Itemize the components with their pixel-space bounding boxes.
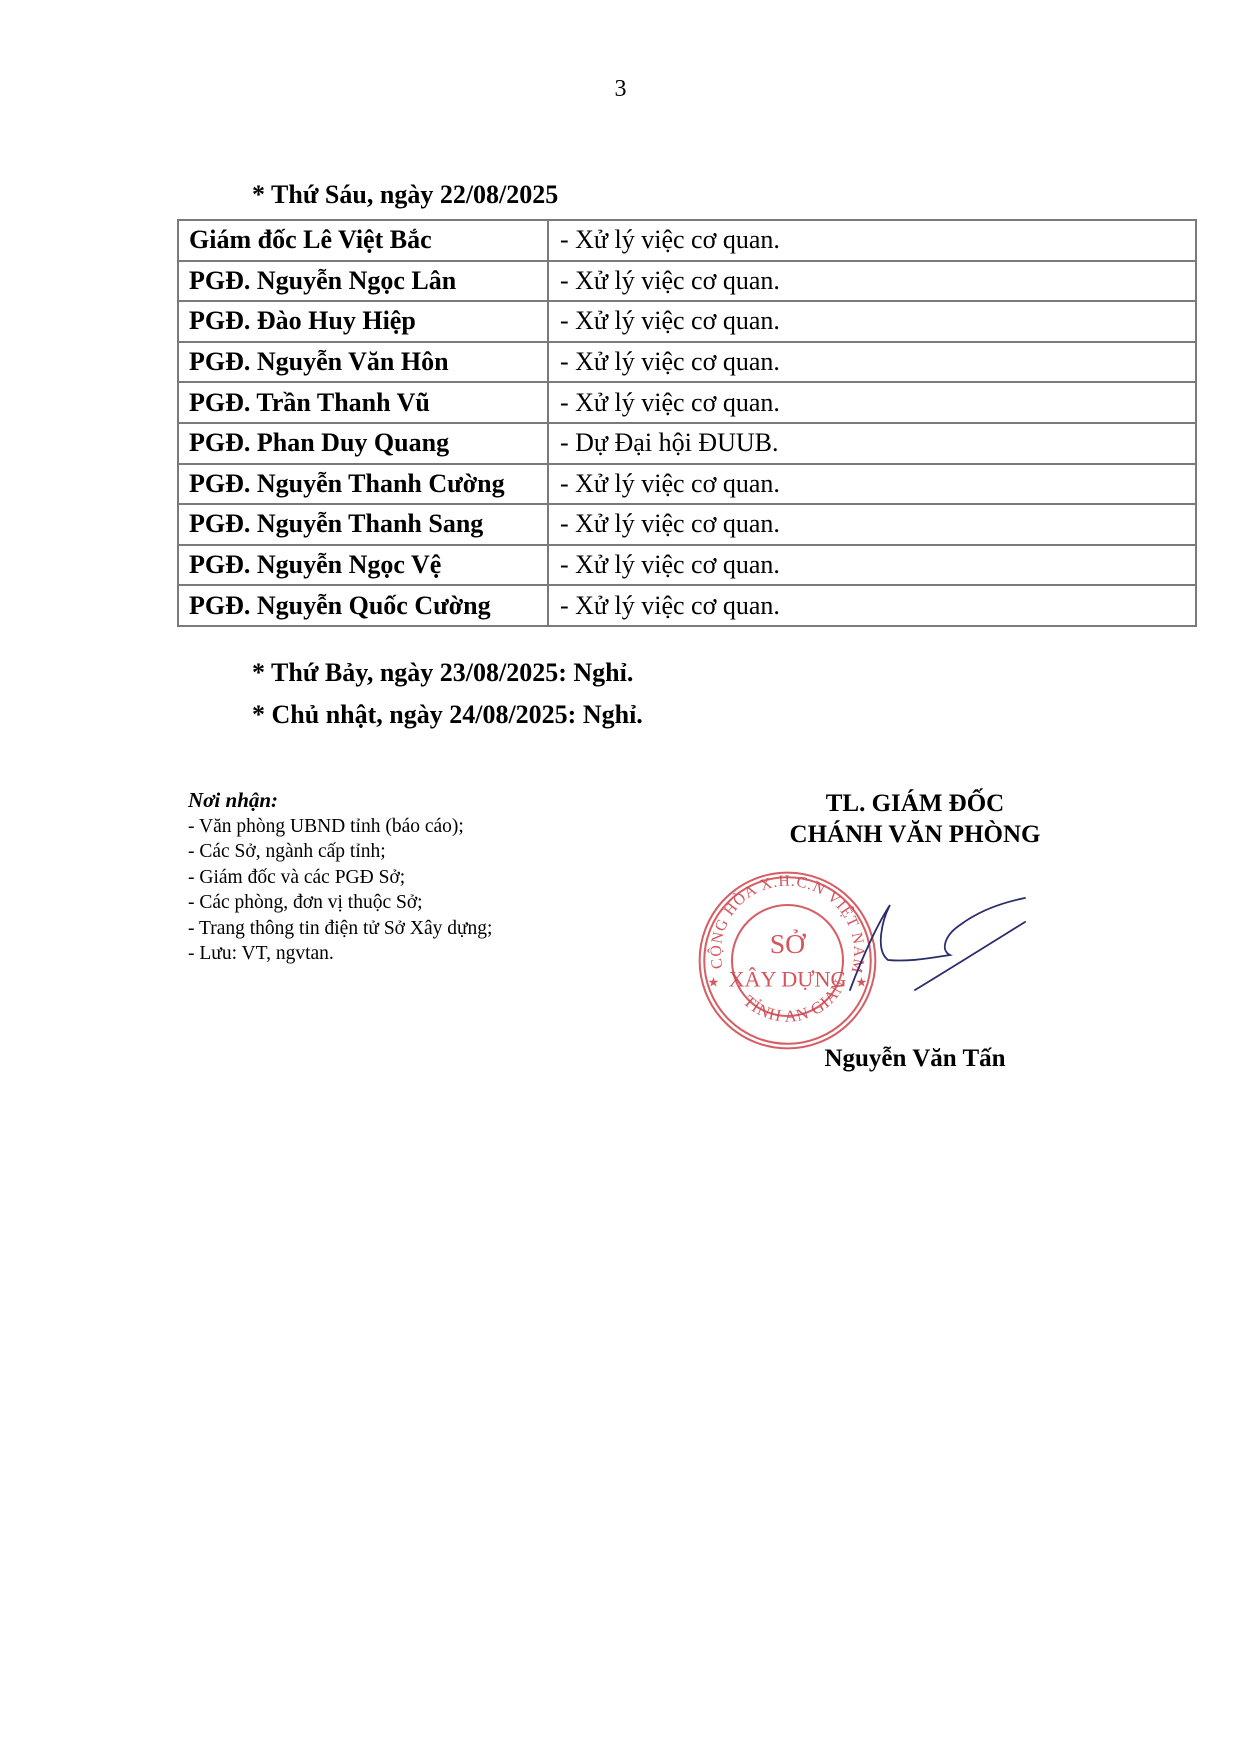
table-row: PGĐ. Nguyễn Quốc Cường- Xử lý việc cơ qu…	[178, 585, 1196, 626]
recipients-list: - Văn phòng UBND tỉnh (báo cáo);- Các Sở…	[188, 814, 492, 967]
table-row: Giám đốc Lê Việt Bắc- Xử lý việc cơ quan…	[178, 220, 1196, 261]
sunday-heading: * Chủ nhật, ngày 24/08/2025: Nghỉ.	[252, 700, 643, 730]
task-cell: - Xử lý việc cơ quan.	[548, 342, 1196, 383]
table-row: PGĐ. Trần Thanh Vũ- Xử lý việc cơ quan.	[178, 382, 1196, 423]
table-row: PGĐ. Nguyễn Ngọc Vệ- Xử lý việc cơ quan.	[178, 545, 1196, 586]
task-cell: - Xử lý việc cơ quan.	[548, 545, 1196, 586]
official-name-cell: PGĐ. Trần Thanh Vũ	[178, 382, 548, 423]
recipient-item: - Các Sở, ngành cấp tỉnh;	[188, 839, 492, 865]
official-name-cell: Giám đốc Lê Việt Bắc	[178, 220, 548, 261]
task-cell: - Dự Đại hội ĐUUB.	[548, 423, 1196, 464]
recipient-item: - Văn phòng UBND tỉnh (báo cáo);	[188, 814, 492, 840]
official-name-cell: PGĐ. Nguyễn Thanh Sang	[178, 504, 548, 545]
task-cell: - Xử lý việc cơ quan.	[548, 464, 1196, 505]
table-row: PGĐ. Nguyễn Thanh Sang- Xử lý việc cơ qu…	[178, 504, 1196, 545]
signature-title-line2: CHÁNH VĂN PHÒNG	[760, 819, 1070, 850]
official-name-cell: PGĐ. Phan Duy Quang	[178, 423, 548, 464]
task-cell: - Xử lý việc cơ quan.	[548, 220, 1196, 261]
task-cell: - Xử lý việc cơ quan.	[548, 504, 1196, 545]
svg-text:SỞ: SỞ	[770, 929, 806, 960]
official-name-cell: PGĐ. Nguyễn Ngọc Vệ	[178, 545, 548, 586]
handwritten-signature-icon	[820, 880, 1030, 1000]
task-cell: - Xử lý việc cơ quan.	[548, 585, 1196, 626]
saturday-heading: * Thứ Bảy, ngày 23/08/2025: Nghỉ.	[252, 658, 633, 688]
recipients-title: Nơi nhận:	[188, 788, 492, 814]
signer-name: Nguyễn Văn Tấn	[760, 1045, 1070, 1073]
table-row: PGĐ. Đào Huy Hiệp- Xử lý việc cơ quan.	[178, 301, 1196, 342]
signature-title-line1: TL. GIÁM ĐỐC	[760, 788, 1070, 819]
table-row: PGĐ. Nguyễn Ngọc Lân- Xử lý việc cơ quan…	[178, 261, 1196, 302]
page-number: 3	[0, 76, 1241, 103]
recipients-block: Nơi nhận: - Văn phòng UBND tỉnh (báo cáo…	[188, 788, 492, 967]
task-cell: - Xử lý việc cơ quan.	[548, 382, 1196, 423]
official-name-cell: PGĐ. Nguyễn Thanh Cường	[178, 464, 548, 505]
friday-heading: * Thứ Sáu, ngày 22/08/2025	[252, 180, 558, 210]
official-name-cell: PGĐ. Nguyễn Quốc Cường	[178, 585, 548, 626]
task-cell: - Xử lý việc cơ quan.	[548, 261, 1196, 302]
official-name-cell: PGĐ. Nguyễn Văn Hôn	[178, 342, 548, 383]
recipient-item: - Trang thông tin điện tử Sở Xây dựng;	[188, 916, 492, 942]
recipient-item: - Lưu: VT, ngvtan.	[188, 941, 492, 967]
task-cell: - Xử lý việc cơ quan.	[548, 301, 1196, 342]
recipient-item: - Giám đốc và các PGĐ Sở;	[188, 865, 492, 891]
friday-schedule-table: Giám đốc Lê Việt Bắc- Xử lý việc cơ quan…	[177, 219, 1197, 627]
table-row: PGĐ. Nguyễn Thanh Cường- Xử lý việc cơ q…	[178, 464, 1196, 505]
official-name-cell: PGĐ. Nguyễn Ngọc Lân	[178, 261, 548, 302]
signature-block: TL. GIÁM ĐỐC CHÁNH VĂN PHÒNG	[760, 788, 1070, 850]
svg-text:★: ★	[708, 974, 720, 989]
recipient-item: - Các phòng, đơn vị thuộc Sở;	[188, 890, 492, 916]
table-row: PGĐ. Nguyễn Văn Hôn- Xử lý việc cơ quan.	[178, 342, 1196, 383]
table-row: PGĐ. Phan Duy Quang- Dự Đại hội ĐUUB.	[178, 423, 1196, 464]
official-name-cell: PGĐ. Đào Huy Hiệp	[178, 301, 548, 342]
